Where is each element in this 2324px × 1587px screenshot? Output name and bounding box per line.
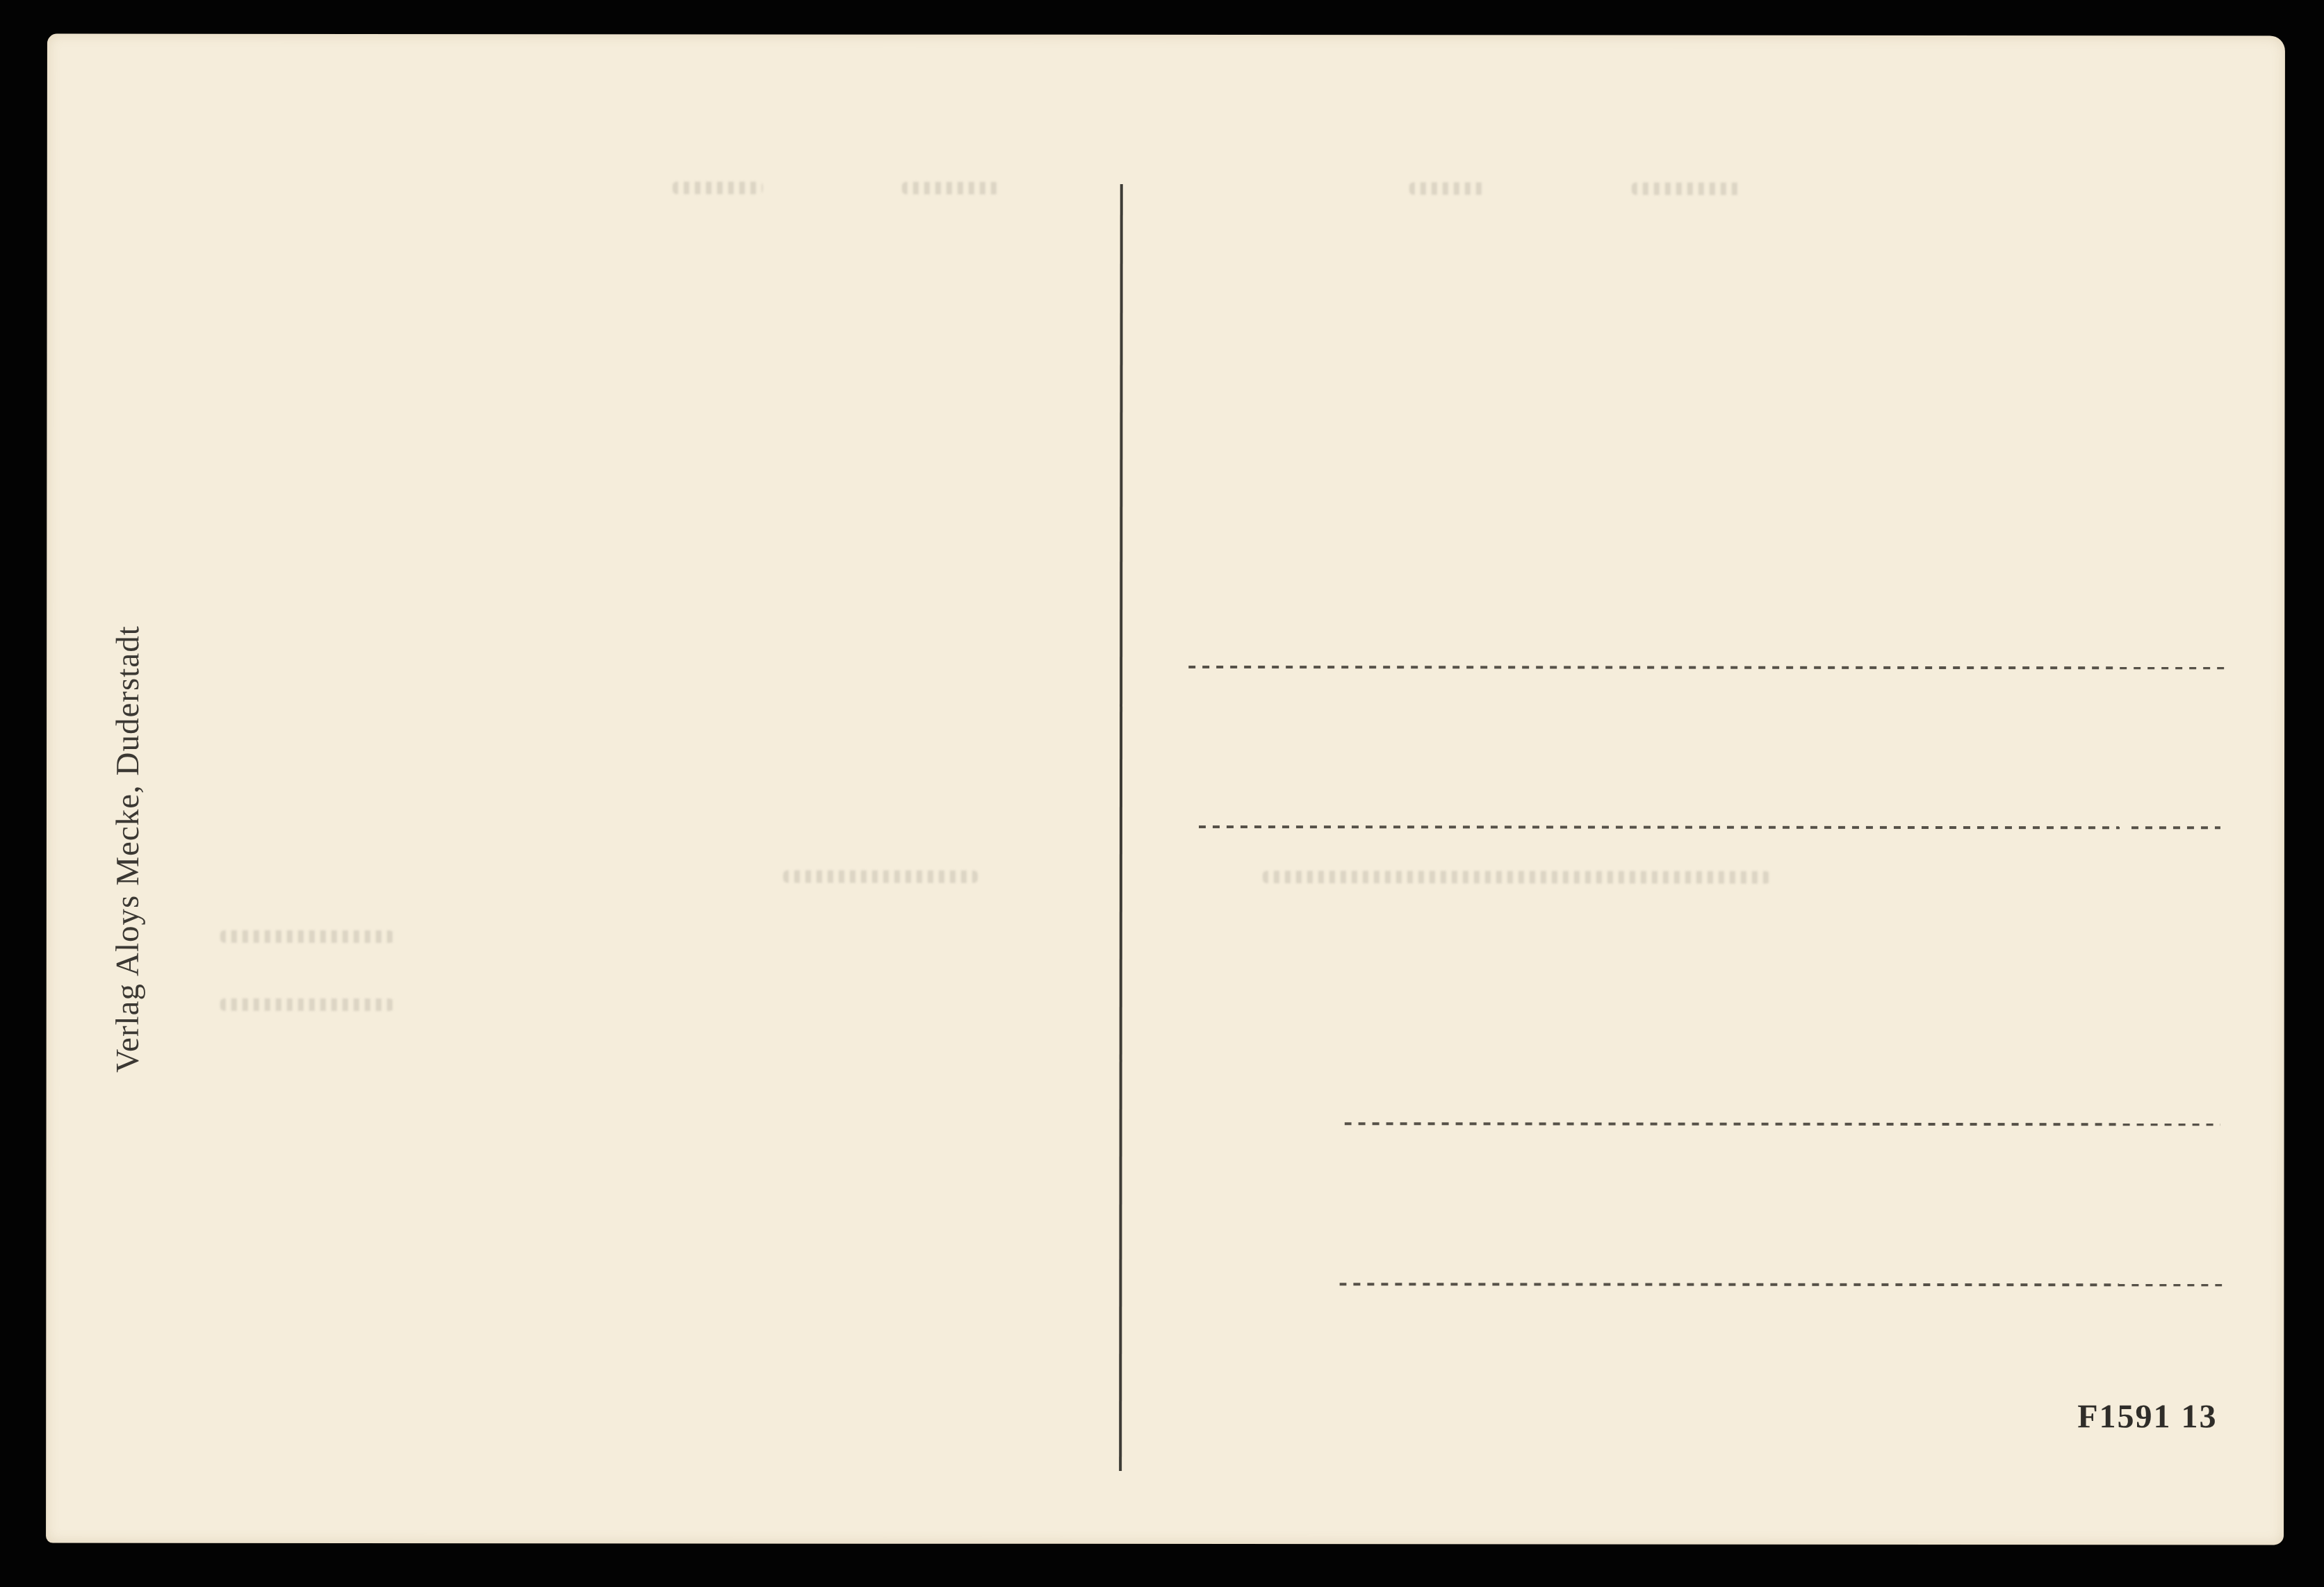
address-line-3 xyxy=(1345,1122,2220,1126)
card-code: F1591 13 xyxy=(2077,1397,2217,1436)
publisher-imprint: Verlag Aloys Mecke, Duderstadt xyxy=(109,625,147,1073)
show-through-mark xyxy=(902,182,999,195)
message-address-divider xyxy=(1119,184,1123,1471)
show-through-mark xyxy=(783,871,978,883)
address-line-1 xyxy=(1188,666,2226,669)
show-through-mark xyxy=(220,930,394,943)
show-through-mark xyxy=(1632,183,1743,195)
show-through-mark xyxy=(1263,871,1770,884)
address-line-4 xyxy=(1339,1283,2222,1286)
show-through-mark xyxy=(673,181,763,194)
show-through-mark xyxy=(220,998,394,1011)
address-line-2 xyxy=(1199,825,2120,829)
postcard-back: Verlag Aloys Mecke, Duderstadt F1591 13 xyxy=(46,34,2285,1545)
show-through-mark xyxy=(1409,182,1486,195)
address-line-2b xyxy=(2131,826,2220,829)
